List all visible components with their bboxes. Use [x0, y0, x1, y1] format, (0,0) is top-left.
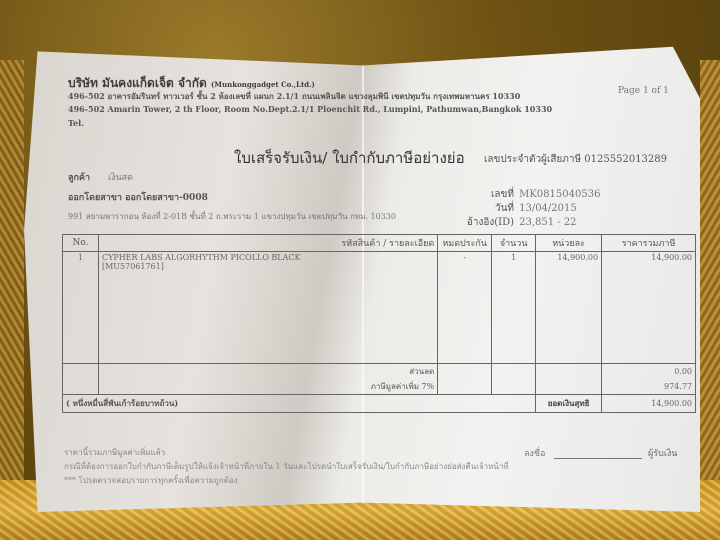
reference-row: อ้างอิง(ID) 23,851 - 22: [444, 210, 577, 230]
signature-label: ลงชื่อ: [524, 446, 545, 460]
company-address-en: 496-502 Amarin Tower, 2 th Floor, Room N…: [68, 104, 552, 114]
tax-id-label: เลขประจำตัวผู้เสียภาษี: [484, 154, 581, 165]
customer-value: เงินสด: [108, 170, 133, 184]
issued-by-branch: ออกโดยสาขา ออกโดยสาขา-0008: [68, 190, 208, 204]
verify-note: *** โปรดตรวจสอบรายการทุกครั้งเพื่อความถู…: [64, 474, 238, 487]
net-total-value: 14,900.00: [602, 395, 696, 413]
col-header-description: รหัสสินค้า / รายละเอียด: [98, 235, 437, 252]
reference-label: อ้างอิง(ID): [444, 215, 514, 230]
vat-row: ภาษีมูลค่าเพิ่ม 7% 974.77: [63, 379, 696, 395]
table-row: 1 CYPHER LABS ALGORHYTHM PICOLLO BLACK […: [63, 252, 696, 364]
row-no: 1: [63, 252, 99, 364]
col-header-no: No.: [63, 235, 99, 252]
discount-row: ส่วนลด 0.00: [63, 364, 696, 380]
row-unit-price: 14,900.00: [536, 252, 602, 364]
tax-id: เลขประจำตัวผู้เสียภาษี 0125552013289: [484, 152, 667, 167]
table-header-row: No. รหัสสินค้า / รายละเอียด หมดประกัน จำ…: [63, 235, 696, 252]
row-description-cell: CYPHER LABS ALGORHYTHM PICOLLO BLACK [MU…: [98, 252, 437, 364]
full-invoice-note: กรณีที่ต้องการออกใบกำกับภาษีเต็มรูปให้แจ…: [64, 460, 509, 473]
company-name-en: (Munkonggadget Co.,Ltd.): [211, 80, 315, 89]
discount-label: ส่วนลด: [98, 364, 437, 380]
row-warranty: -: [438, 252, 492, 364]
tax-id-value: 0125552013289: [584, 154, 667, 165]
net-total-label: ยอดเงินสุทธิ: [536, 395, 602, 413]
col-header-unit-price: หน่วยละ: [536, 235, 602, 252]
receipt-paper: บริษัท มันคงแก็ดเจ็ต จำกัด (Munkonggadge…: [24, 42, 700, 512]
background-fabric-left: [0, 60, 24, 540]
company-address-th: 496-502 อาคารอัมรินทร์ ทาวเวอร์ ชั้น 2 ห…: [68, 90, 520, 103]
receiver-label: ผู้รับเงิน: [648, 446, 677, 460]
col-header-warranty: หมดประกัน: [438, 235, 492, 252]
net-total-row: ( หนึ่งหมื่นสี่พันเก้าร้อยบาทถ้วน) ยอดเง…: [63, 395, 696, 413]
row-qty: 1: [492, 252, 536, 364]
customer-label: ลูกค้า: [68, 170, 90, 184]
signature-line: [554, 458, 642, 459]
vat-value: 974.77: [602, 379, 696, 395]
customer-address: 991 สยามพารากอน ห้องที่ 2-01B ชั้นที่ 2 …: [68, 210, 396, 223]
items-table: No. รหัสสินค้า / รายละเอียด หมดประกัน จำ…: [62, 234, 696, 413]
vat-label: ภาษีมูลค่าเพิ่ม 7%: [98, 379, 437, 395]
background-fabric-right: [700, 60, 720, 540]
col-header-total: ราคารวมภาษี: [602, 235, 696, 252]
page-indicator: Page 1 of 1: [618, 86, 669, 96]
discount-value: 0.00: [602, 364, 696, 380]
row-total: 14,900.00: [602, 252, 696, 364]
amount-in-words: ( หนึ่งหมื่นสี่พันเก้าร้อยบาทถ้วน): [63, 395, 536, 413]
document-title: ใบเสร็จรับเงิน/ ใบกำกับภาษีอย่างย่อ: [234, 146, 465, 170]
reference-value: 23,851 - 22: [519, 217, 576, 228]
company-name-th: บริษัท มันคงแก็ดเจ็ต จำกัด: [68, 76, 207, 90]
company-tel: Tel.: [68, 118, 84, 128]
col-header-qty: จำนวน: [492, 235, 536, 252]
row-sku: [MU57061761]: [102, 262, 434, 271]
vat-included-note: ราคานี้รวมภาษีมูลค่าเพิ่มแล้ว: [64, 446, 165, 459]
row-description: CYPHER LABS ALGORHYTHM PICOLLO BLACK: [102, 253, 434, 262]
